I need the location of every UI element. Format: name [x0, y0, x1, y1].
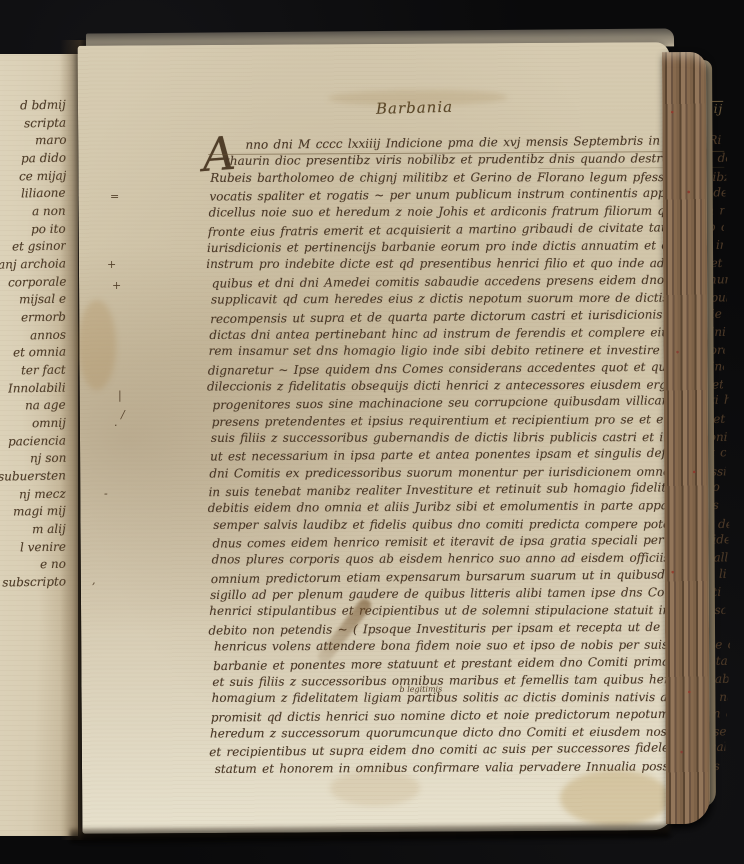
manuscript-line: dni Comitis ex predicessoribus suorum mo…	[209, 464, 725, 482]
manuscript-line: debitis eidem dno omnia et aliis Juribz …	[208, 498, 724, 517]
paper-stain	[328, 89, 508, 106]
manuscript-line: dicellus noie suo et heredum z noie Johi…	[209, 204, 725, 222]
manuscript-line: promisit qd dictis henrici suo nomine di…	[211, 706, 727, 726]
manuscript-line: presens pretendentes et ipsius requirent…	[212, 411, 728, 430]
manuscript-line: semper salvis laudibz et fidelis quibus …	[213, 517, 729, 534]
manuscript-line: debito non petendis ~ ( Ipsoque Investit…	[208, 619, 724, 639]
fore-edge-page-stack	[662, 52, 710, 824]
manuscript-line: suis filiis z successoribus gubernandis …	[211, 430, 727, 447]
paper-stain	[330, 770, 420, 806]
manuscript-line: homagium z fidelitatem ligiam partibus s…	[212, 690, 728, 707]
manuscript-lines: nno dni M cccc lxxiiij Indicione pma die…	[208, 134, 724, 137]
manuscript-line: sigillo ad per plenum gaudere de quibus …	[210, 585, 726, 604]
margin-mark: -	[104, 489, 108, 499]
manuscript-photo: d bdmijscriptamaropa didoce mijajliliaon…	[0, 0, 744, 864]
manuscript-page: Barbania iiij A nno dni M cccc lxxiiij I…	[78, 42, 675, 834]
manuscript-line: supplicavit qd cum heredes eius z dictis…	[211, 291, 727, 309]
margin-mark: =	[110, 192, 119, 202]
manuscript-line: henricus volens attendere bona fidem noi…	[214, 638, 730, 656]
facing-page-fragment: subuersten	[0, 468, 66, 483]
facing-page-fragment: ce mijaj	[18, 169, 66, 184]
manuscript-line: iurisdicionis et pertinencijs barbanie e…	[207, 238, 723, 257]
facing-page-fragment: ote subscripto	[0, 574, 66, 589]
manuscript-line: vocatis spaliter et rogatis ~ per unum p…	[209, 185, 725, 205]
manuscript-line: rem insamur set dns homagio ligio inde s…	[209, 343, 725, 360]
facing-page-fragment: corporale	[7, 274, 66, 289]
manuscript-line: statum et honorem in omnibus confirmare …	[215, 758, 731, 777]
facing-page-fragment: et gsinor	[12, 239, 66, 254]
manuscript-line: dnos plures corporis quos ab eisdem henr…	[212, 551, 728, 569]
margin-mark: ,	[92, 576, 96, 586]
manuscript-line: henrici stipulantibus et recipientibus u…	[209, 603, 725, 620]
paper-stain	[560, 770, 670, 826]
manuscript-line: dictas dni antea pertinebant hinc ad ins…	[209, 325, 725, 344]
paper-stain	[78, 300, 116, 390]
facing-page-fragment: magi mij	[13, 504, 66, 519]
manuscript-line: dnus comes eidem henrico remisit et iter…	[212, 532, 728, 552]
manuscript-line: et suis filiis z successoribus omnibus m…	[212, 672, 728, 691]
manuscript-line: quibus et dni dni Amedei comitis sabaudi…	[212, 272, 728, 292]
manuscript-line: Rubeis bartholomeo de chignj militibz et…	[210, 170, 726, 187]
interlinear-note: b legitimis	[400, 685, 443, 694]
manuscript-line: instrum pro indebite dicte est qd presen…	[206, 256, 722, 273]
margin-mark: |	[118, 391, 122, 401]
text-block: A nno dni M cccc lxxiiij Indicione pma d…	[208, 134, 728, 797]
margin-mark: +	[107, 260, 116, 270]
manuscript-line: thaurin dioc presentibz viris nobilibz e…	[225, 151, 727, 170]
manuscript-line: ut est necessarium in ipsa parte et ante…	[210, 446, 726, 466]
manuscript-line: dignaretur ~ Ipse quidem dns Comes consi…	[208, 359, 724, 379]
facing-page-fragment: paciencia	[8, 433, 66, 448]
facing-page-fragment: Innolabili	[8, 380, 66, 395]
margin-mark: .	[114, 418, 118, 428]
facing-page-fragment: et omnia	[13, 345, 66, 360]
margin-mark: +	[112, 281, 121, 291]
facing-page-fragment: anj archoia	[0, 256, 66, 271]
margin-mark: /	[121, 410, 125, 420]
